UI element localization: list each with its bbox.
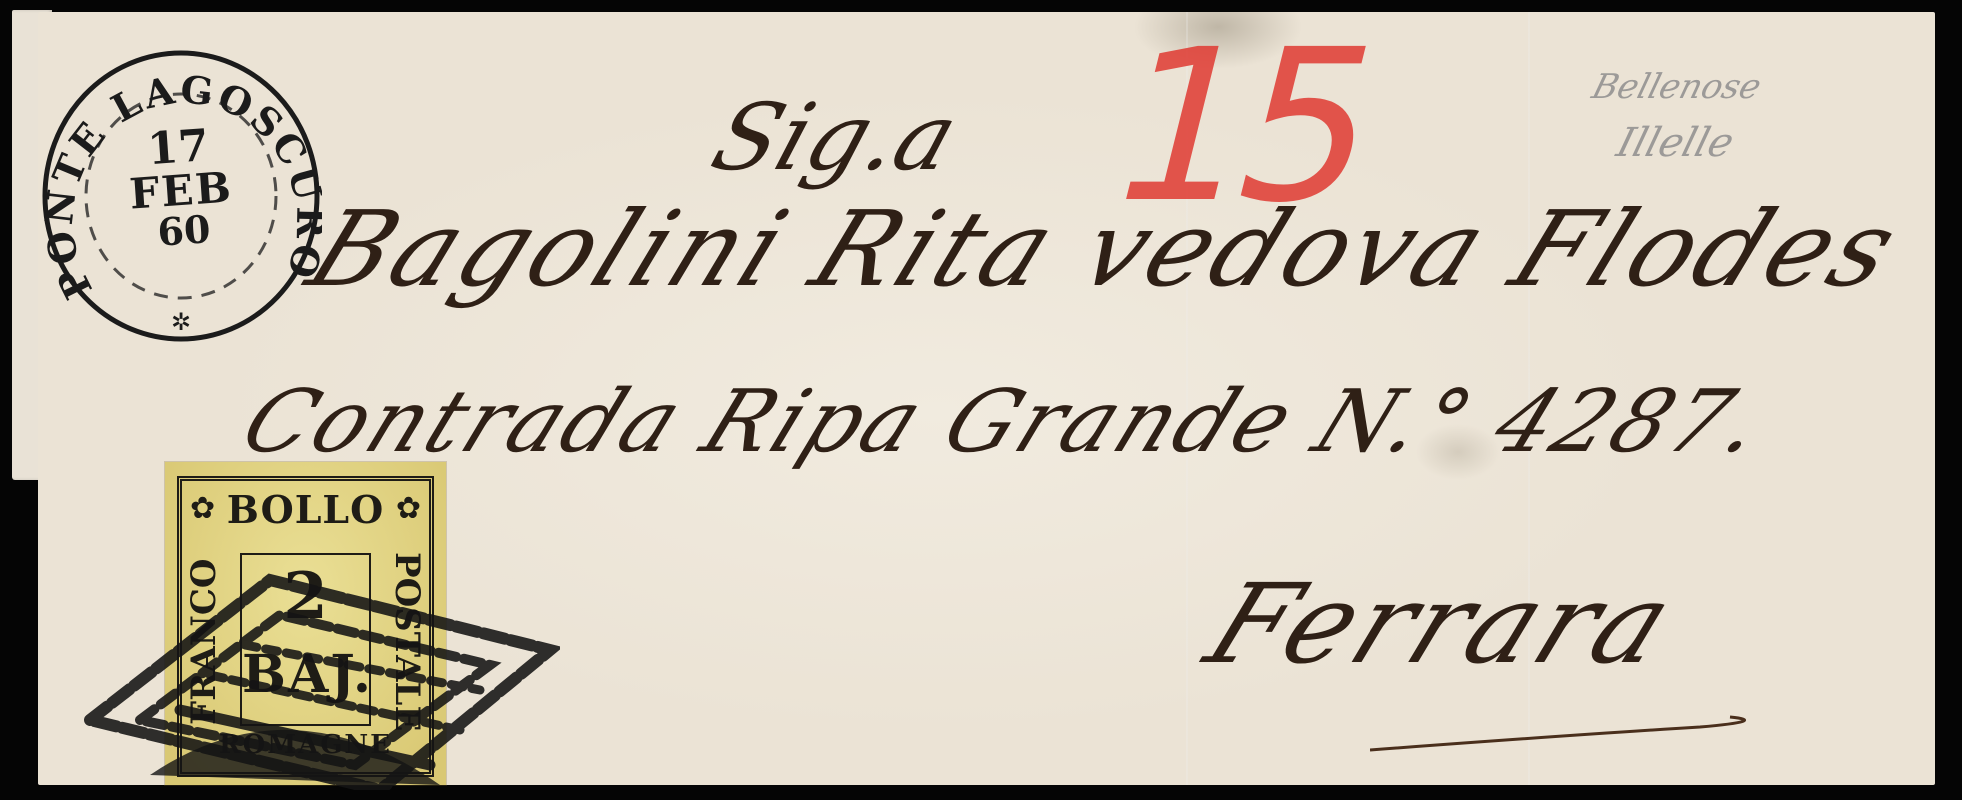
stamp-left-text: FRANCO xyxy=(184,551,224,732)
pencil-line-1: Bellenose xyxy=(1586,62,1767,113)
address-salutation: Sig.a xyxy=(700,84,970,191)
pencil-line-2: Illelle xyxy=(1610,113,1753,173)
address-street: Contrada Ripa Grande N.° 4287. xyxy=(228,372,1781,472)
stamp-frame: ✿ ✿ BOLLO FRANCO POSTALE 2 BAJ. ROMAGNE xyxy=(177,476,434,777)
pencil-notation: Bellenose Illelle xyxy=(1570,62,1767,173)
stamp-value-panel: 2 BAJ. xyxy=(240,553,371,726)
postage-stamp: ✿ ✿ BOLLO FRANCO POSTALE 2 BAJ. ROMAGNE xyxy=(165,462,446,785)
stamp-unit: BAJ. xyxy=(242,644,369,705)
stamp-value: 2 xyxy=(242,559,369,634)
postmark-date: 17 FEB 60 xyxy=(36,116,326,259)
stamp-bottom-text: ROMAGNE xyxy=(182,730,429,760)
red-crayon-rate-mark: 15 xyxy=(1092,22,1392,232)
address-city: Ferrara xyxy=(1190,560,1694,688)
postmark-star: ✲ xyxy=(171,308,191,336)
city-underline xyxy=(1370,715,1770,755)
postmark: PONTE LAGOSCURO ✲ 17 FEB 60 xyxy=(40,48,322,344)
stamp-right-text: POSTALE xyxy=(387,551,427,732)
stamp-top-text: BOLLO xyxy=(182,487,429,532)
